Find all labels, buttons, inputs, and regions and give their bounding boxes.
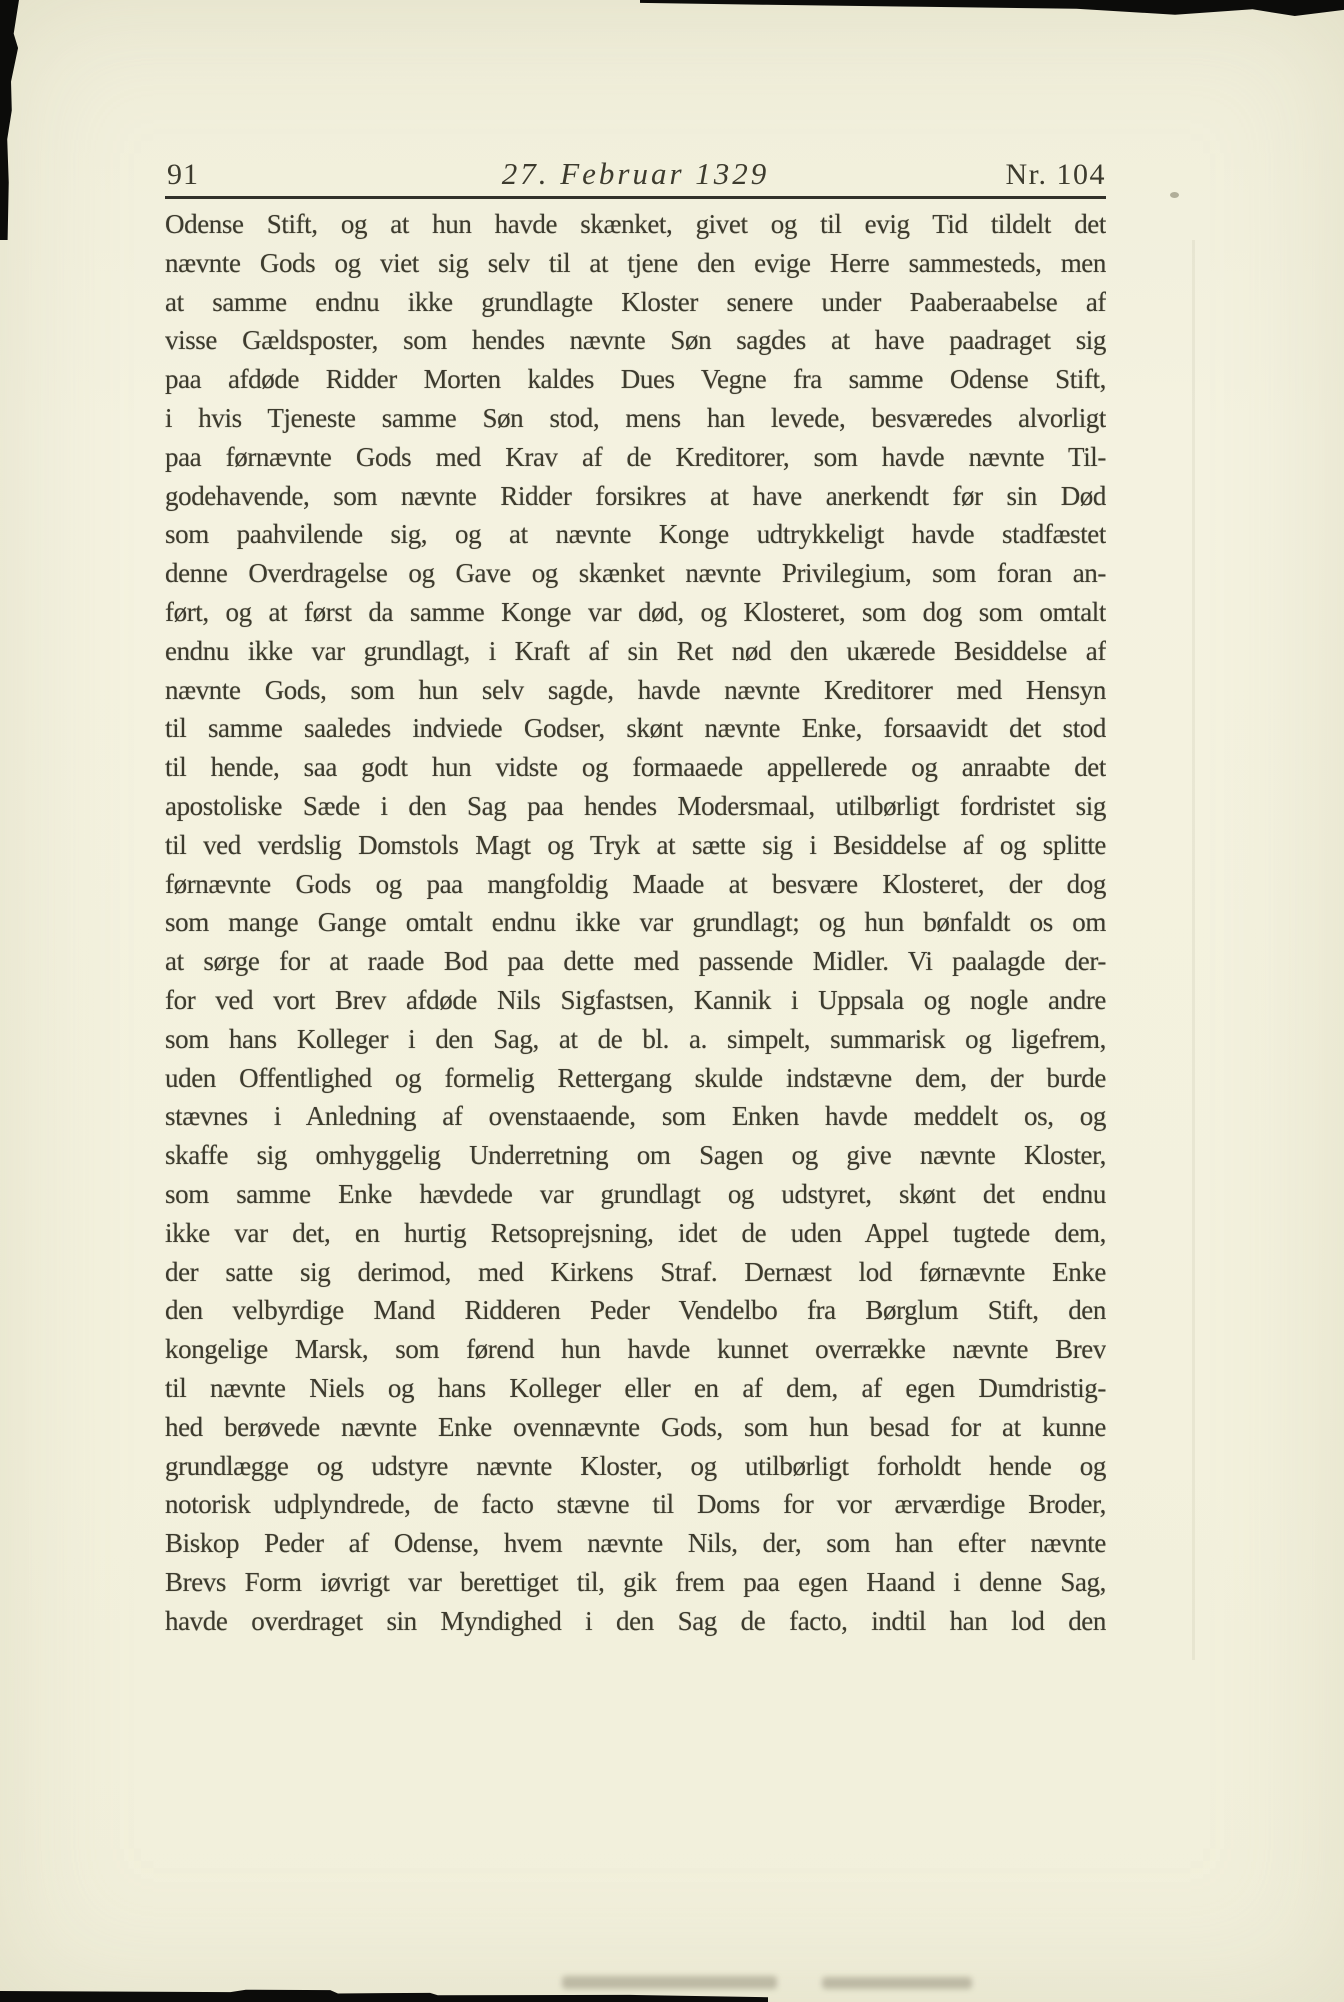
body-line: Biskop Peder af Odense, hvem nævnte Nils… xyxy=(165,1524,1106,1563)
body-line: kongelige Marsk, som førend hun havde ku… xyxy=(165,1330,1106,1369)
body-line: der satte sig derimod, med Kirkens Straf… xyxy=(165,1253,1106,1292)
body-line: hed berøvede nævnte Enke ovennævnte Gods… xyxy=(165,1408,1106,1447)
header-rule xyxy=(165,196,1106,199)
scan-ink-smudge xyxy=(562,1976,777,1989)
scan-ink-smudge xyxy=(822,1977,972,1989)
body-line: stævnes i Anledning af ovenstaaende, som… xyxy=(165,1097,1106,1136)
body-line: ført, og at først da samme Konge var død… xyxy=(165,593,1106,632)
body-line: til nævnte Niels og hans Kolleger eller … xyxy=(165,1369,1106,1408)
book-page-scan: 91 27. Februar 1329 Nr. 104 Odense Stift… xyxy=(0,0,1344,2002)
scan-artifact-top-edge xyxy=(640,0,1344,16)
scan-speck xyxy=(1170,192,1179,198)
body-line: uden Offentlighed og formelig Rettergang… xyxy=(165,1059,1106,1098)
document-number: Nr. 104 xyxy=(1006,158,1107,192)
body-line: nævnte Gods, som hun selv sagde, havde n… xyxy=(165,671,1106,710)
body-line: endnu ikke var grundlagt, i Kraft af sin… xyxy=(165,632,1106,671)
body-line: paa afdøde Ridder Morten kaldes Dues Veg… xyxy=(165,360,1106,399)
body-line: apostoliske Sæde i den Sag paa hendes Mo… xyxy=(165,787,1106,826)
body-line: havde overdraget sin Myndighed i den Sag… xyxy=(165,1602,1106,1641)
document-body: Odense Stift, og at hun havde skænket, g… xyxy=(165,205,1106,1640)
scan-artifact-left-edge xyxy=(0,0,19,240)
body-line: paa førnævnte Gods med Krav af de Kredit… xyxy=(165,438,1106,477)
body-line: at sørge for at raade Bod paa dette med … xyxy=(165,942,1106,981)
body-line: som paahvilende sig, og at nævnte Konge … xyxy=(165,515,1106,554)
header-date: 27. Februar 1329 xyxy=(165,156,1106,192)
body-line: godehavende, som nævnte Ridder forsikres… xyxy=(165,477,1106,516)
body-line: notorisk udplyndrede, de facto stævne ti… xyxy=(165,1485,1106,1524)
body-line: som samme Enke hævdede var grundlagt og … xyxy=(165,1175,1106,1214)
body-line: ikke var det, en hurtig Retsoprejsning, … xyxy=(165,1214,1106,1253)
body-line: Odense Stift, og at hun havde skænket, g… xyxy=(165,205,1106,244)
page-crease xyxy=(1192,240,1195,1660)
body-line: visse Gældsposter, som hendes nævnte Søn… xyxy=(165,321,1106,360)
body-line: skaffe sig omhyggelig Underretning om Sa… xyxy=(165,1136,1106,1175)
body-line: grundlægge og udstyre nævnte Kloster, og… xyxy=(165,1447,1106,1486)
body-line: at samme endnu ikke grundlagte Kloster s… xyxy=(165,283,1106,322)
body-line: nævnte Gods og viet sig selv til at tjen… xyxy=(165,244,1106,283)
body-line: til ved verdslig Domstols Magt og Tryk a… xyxy=(165,826,1106,865)
body-line: førnævnte Gods og paa mangfoldig Maade a… xyxy=(165,865,1106,904)
body-line: for ved vort Brev afdøde Nils Sigfastsen… xyxy=(165,981,1106,1020)
body-line: Brevs Form iøvrigt var berettiget til, g… xyxy=(165,1563,1106,1602)
body-line: som mange Gange omtalt endnu ikke var gr… xyxy=(165,903,1106,942)
body-line: til samme saaledes indviede Godser, skøn… xyxy=(165,709,1106,748)
body-line: til hende, saa godt hun vidste og formaa… xyxy=(165,748,1106,787)
body-line: i hvis Tjeneste samme Søn stod, mens han… xyxy=(165,399,1106,438)
running-header: 91 27. Februar 1329 Nr. 104 xyxy=(165,146,1106,192)
body-line: som hans Kolleger i den Sag, at de bl. a… xyxy=(165,1020,1106,1059)
body-line: denne Overdragelse og Gave og skænket næ… xyxy=(165,554,1106,593)
body-line: den velbyrdige Mand Ridderen Peder Vende… xyxy=(165,1291,1106,1330)
